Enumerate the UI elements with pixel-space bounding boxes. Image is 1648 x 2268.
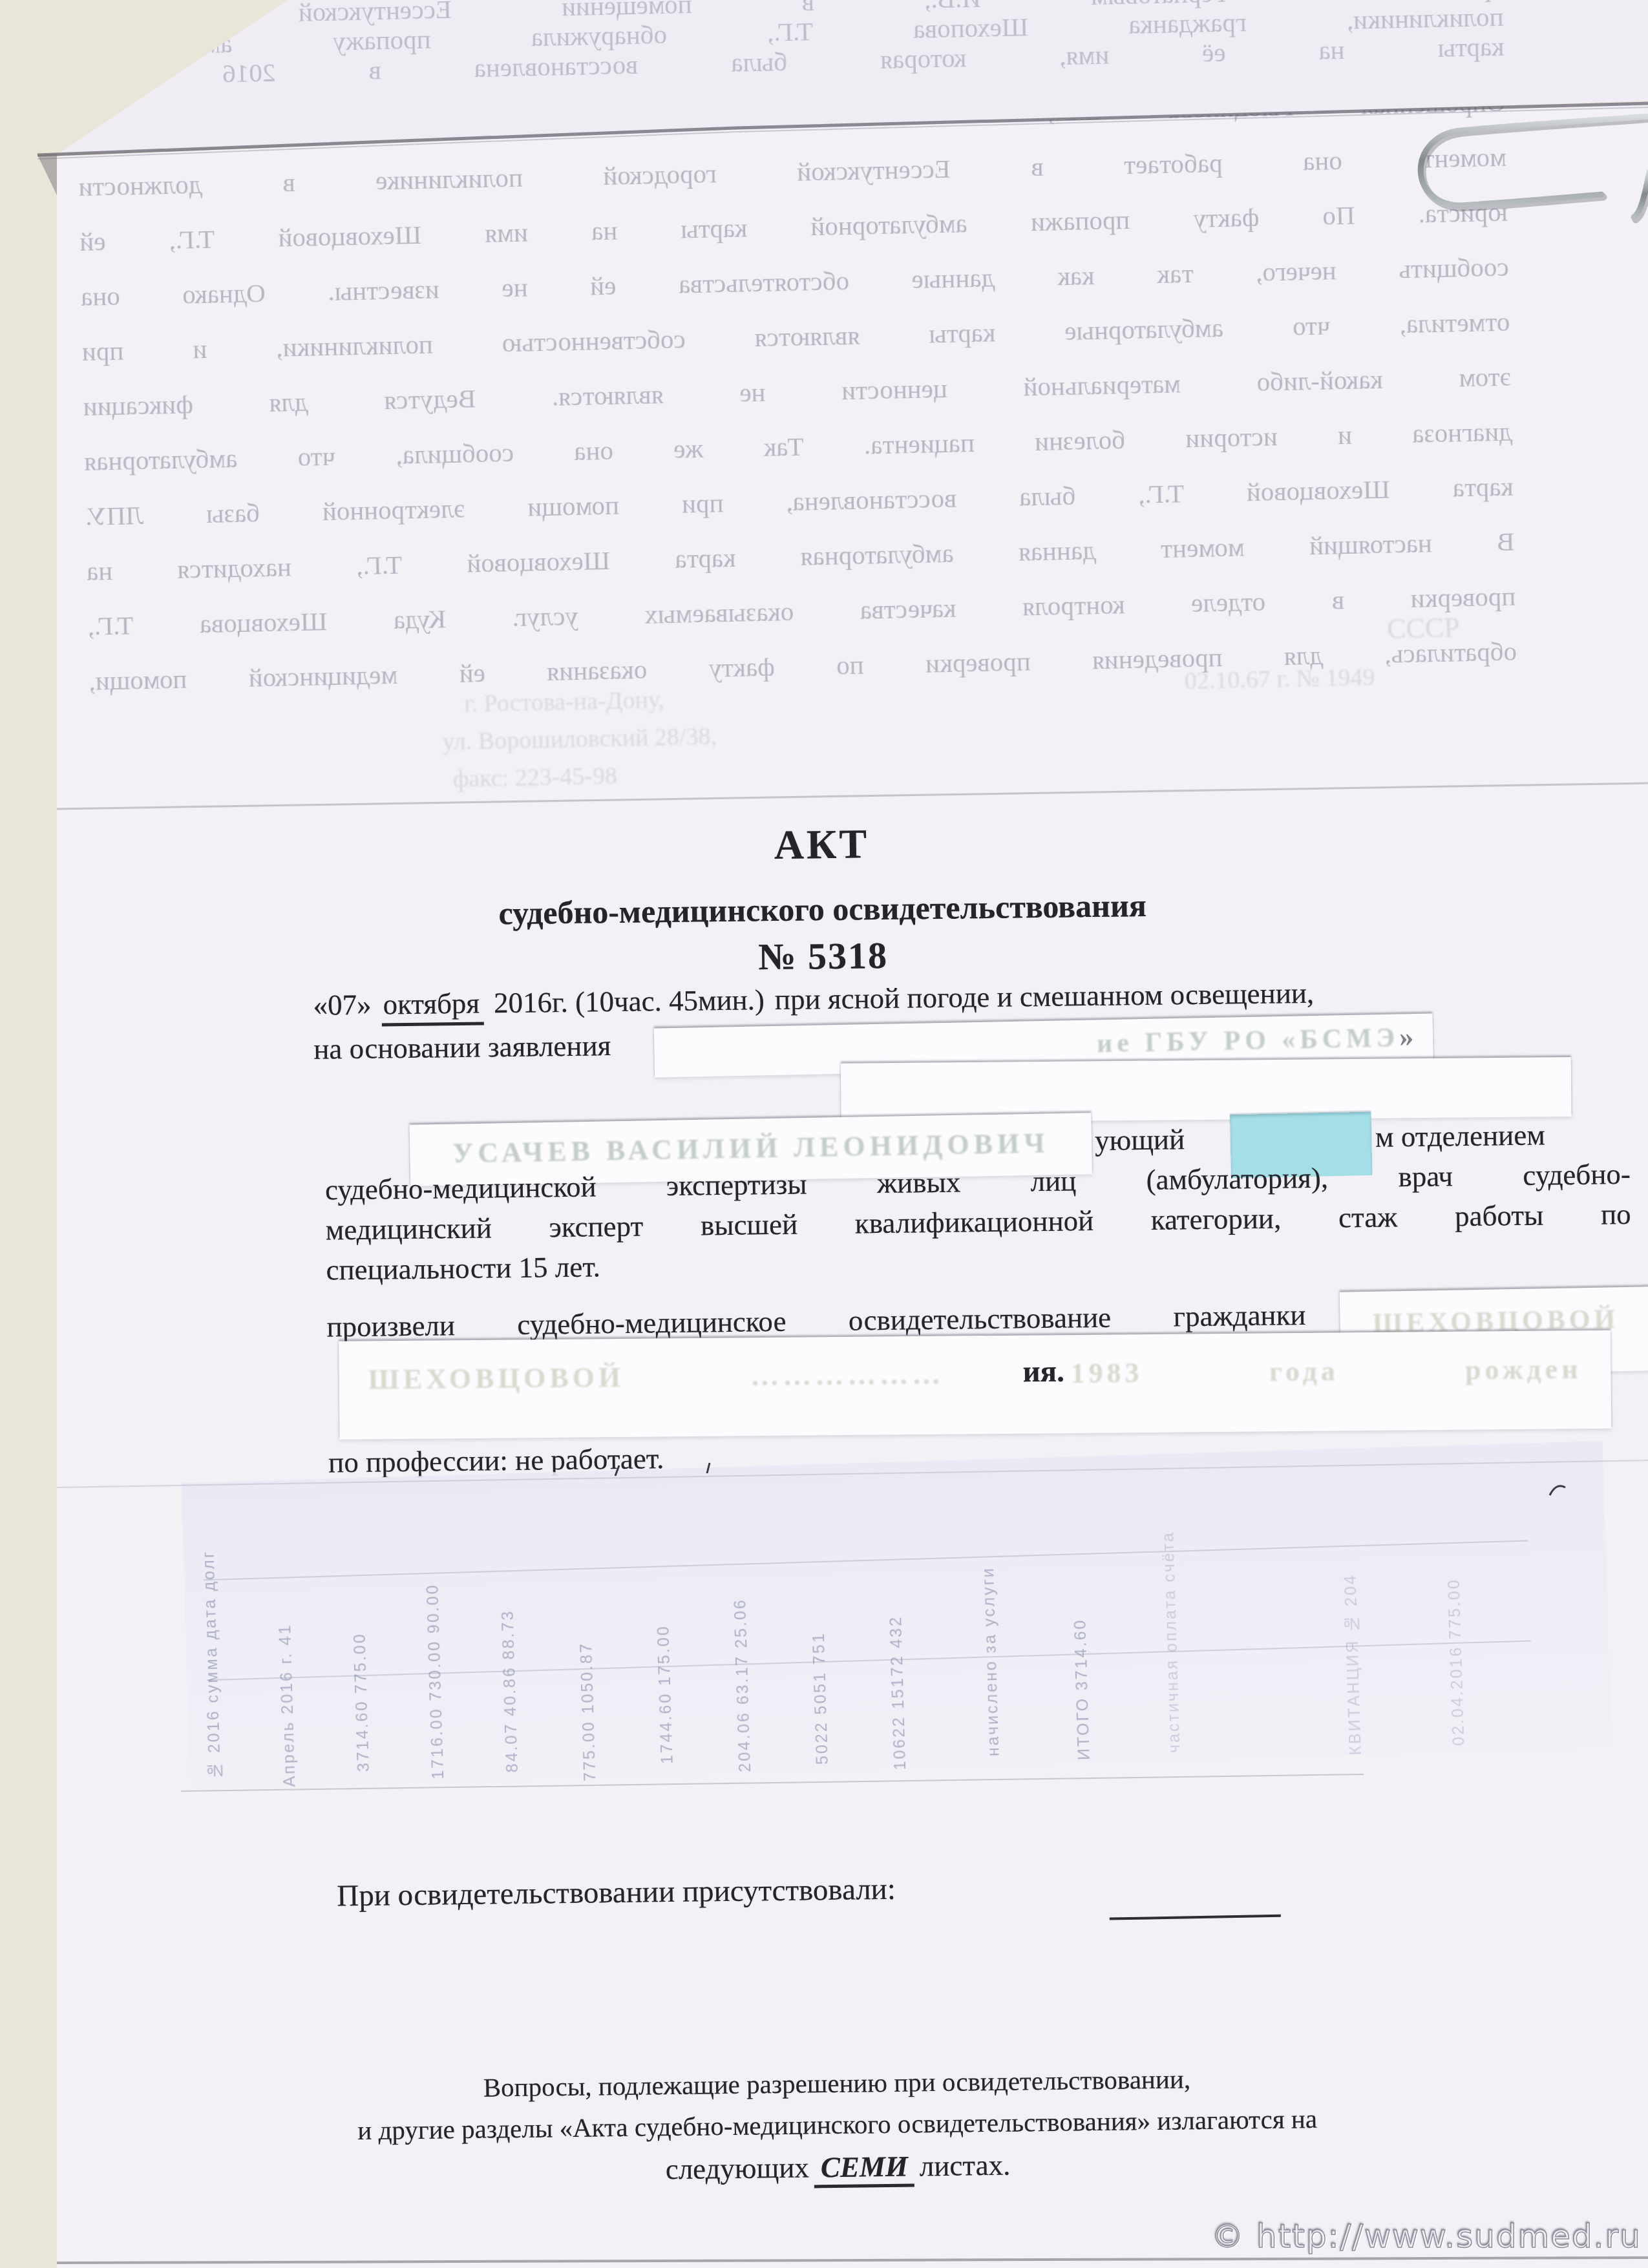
crease-lines [0,0,1648,2268]
paper-clip [1383,76,1648,270]
scanned-document: травматологом Герпатовым И.В., в помещен… [0,0,1648,2268]
